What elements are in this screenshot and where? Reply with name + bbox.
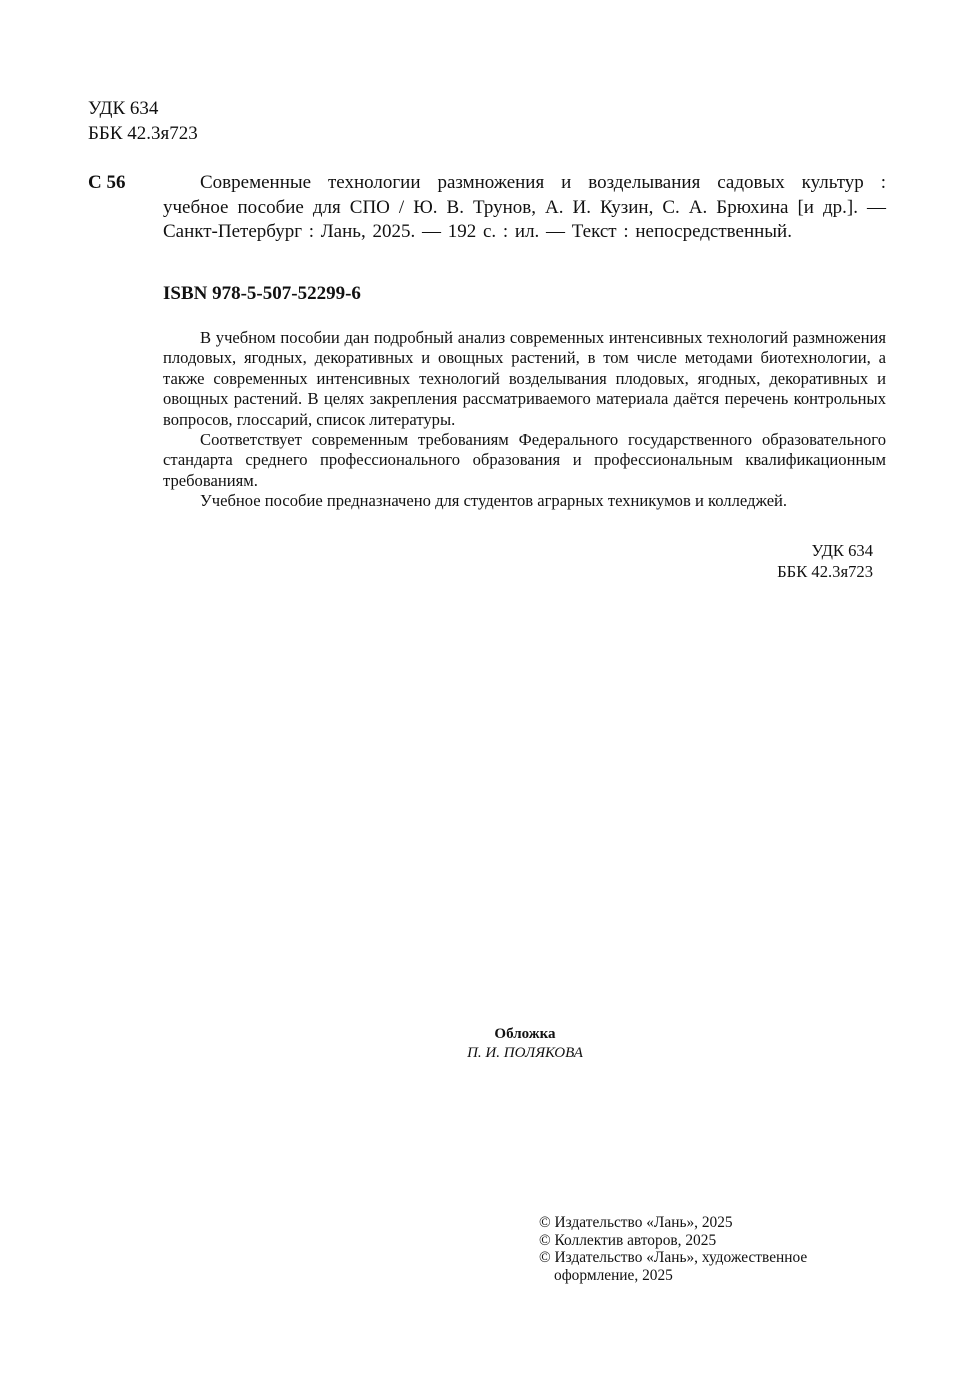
annotation-paragraph: В учебном пособии дан подробный анализ с… <box>163 328 886 430</box>
copyright-line: © Издательство «Лань», художественное оф… <box>539 1249 859 1284</box>
udk-code: УДК 634 <box>88 96 198 121</box>
udk-code: УДК 634 <box>700 540 873 561</box>
classification-header: УДК 634 ББК 42.3я723 <box>88 96 198 146</box>
isbn: ISBN 978-5-507-52299-6 <box>163 282 361 306</box>
bbk-code: ББК 42.3я723 <box>700 561 873 582</box>
annotation-paragraph: Соответствует современным требованиям Фе… <box>163 430 886 491</box>
copyright-line: © Издательство «Лань», 2025 <box>539 1214 859 1232</box>
author-sign: С 56 <box>88 171 125 195</box>
cover-credit: Обложка П. И. ПОЛЯКОВА <box>380 1025 670 1063</box>
annotation: В учебном пособии дан подробный анализ с… <box>163 328 886 512</box>
bibliographic-record: Современные технологии размножения и воз… <box>163 171 886 245</box>
copyright-line: © Коллектив авторов, 2025 <box>539 1232 859 1250</box>
bbk-code: ББК 42.3я723 <box>88 121 198 146</box>
cover-designer-name: П. И. ПОЛЯКОВА <box>380 1044 670 1063</box>
annotation-paragraph: Учебное пособие предназначено для студен… <box>163 491 886 511</box>
cover-credit-label: Обложка <box>380 1025 670 1044</box>
copyright-block: © Издательство «Лань», 2025 © Коллектив … <box>539 1214 859 1284</box>
classification-footer: УДК 634 ББК 42.3я723 <box>700 540 873 582</box>
